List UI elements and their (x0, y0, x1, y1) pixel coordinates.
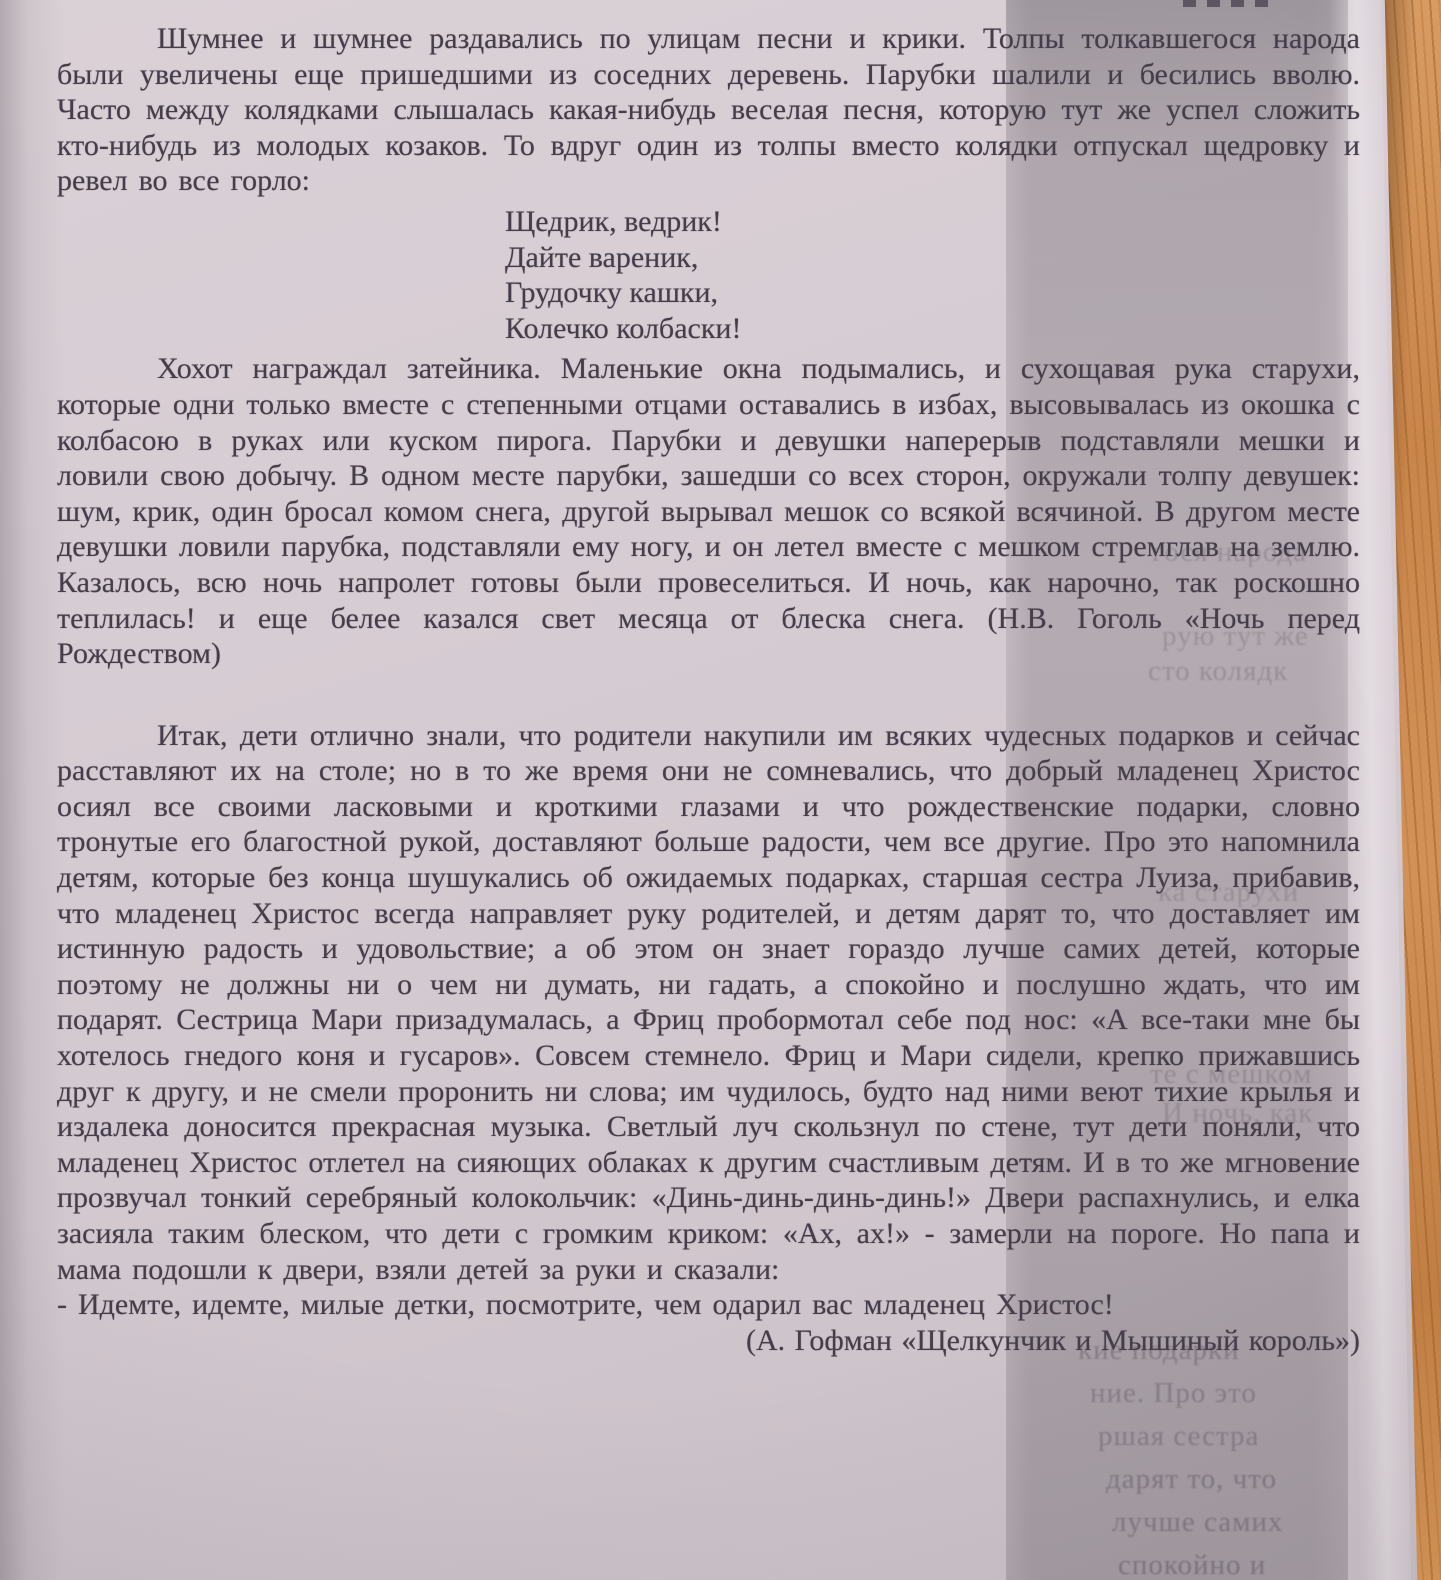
gogol-body-text: Хохот награждал затейника. Маленькие окн… (57, 352, 1360, 634)
excerpt-hoffmann: Итак, дети отлично знали, что родители н… (57, 718, 1360, 1359)
hoffmann-body-paragraph: Итак, дети отлично знали, что родители н… (57, 718, 1360, 1288)
show-through-text: ршая сестра (1098, 1420, 1259, 1453)
gogol-body-paragraph: Хохот награждал затейника. Маленькие окн… (57, 351, 1360, 671)
verse-line: Грудочку кашки, (505, 275, 1360, 311)
gogol-intro-paragraph: Шумнее и шумнее раздавались по улицам пе… (57, 21, 1360, 199)
verse-line: Дайте вареник, (505, 240, 1360, 276)
show-through-text: дарят то, что (1106, 1463, 1277, 1496)
show-through-text: лучше самих (1112, 1506, 1283, 1539)
show-through-text: ние. Про это (1090, 1377, 1257, 1410)
show-through-text: спокойно и (1118, 1549, 1266, 1580)
printed-text-block: Шумнее и шумнее раздавались по улицам пе… (0, 0, 1360, 1358)
hoffmann-dialogue-line: - Идемте, идемте, милые детки, посмотрит… (57, 1287, 1360, 1323)
photo-of-document: гося народа рую тут же сто колядк ка ста… (0, 0, 1441, 1580)
gogol-verse: Щедрик, ведрик! Дайте вареник, Грудочку … (505, 204, 1360, 346)
hoffmann-attribution: (А. Гофман «Щелкунчик и Мышиный король») (57, 1323, 1360, 1359)
excerpt-gogol: Шумнее и шумнее раздавались по улицам пе… (57, 21, 1360, 672)
verse-line: Щедрик, ведрик! (505, 204, 1360, 240)
document-page: гося народа рую тут же сто колядк ка ста… (0, 0, 1441, 1580)
verse-line: Колечко колбаски! (505, 311, 1360, 347)
